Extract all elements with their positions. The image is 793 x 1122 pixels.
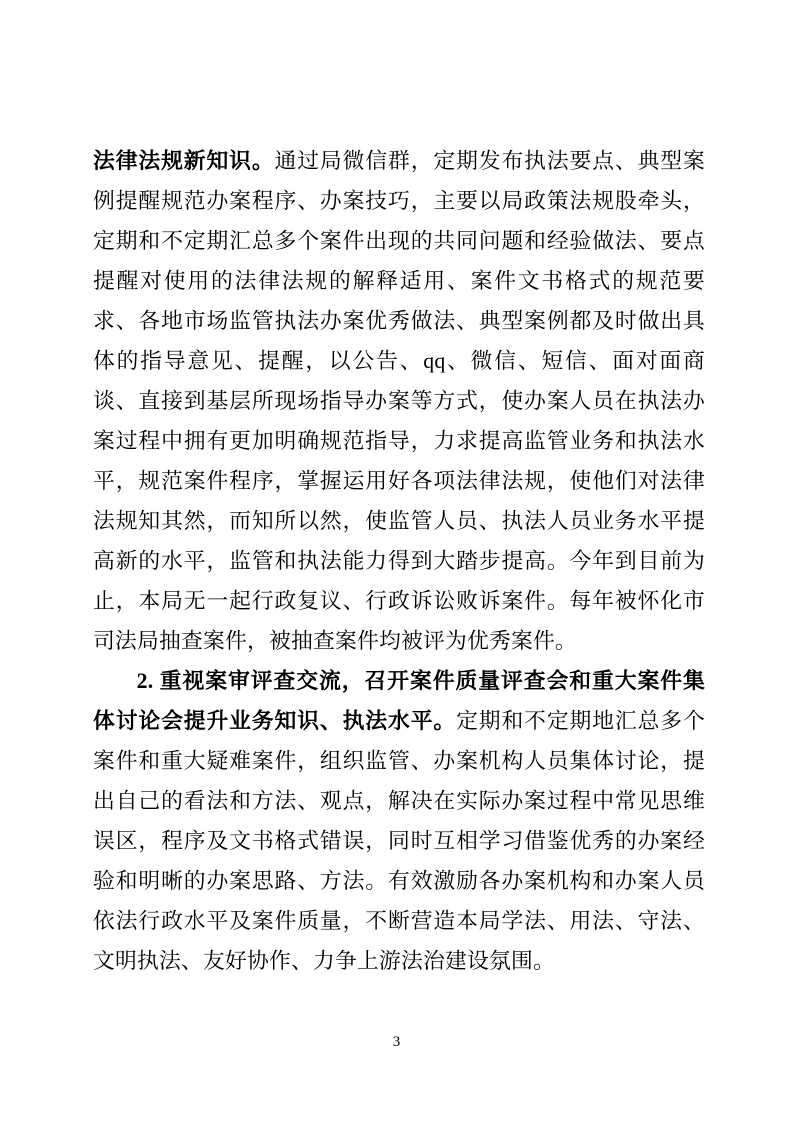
paragraph-legal-knowledge: 法律法规新知识。通过局微信群，定期发布执法要点、典型案例提醒规范办案程序、办案技…: [93, 141, 705, 661]
paragraph-1-body-text: 通过局微信群，定期发布执法要点、典型案例提醒规范办案程序、办案技巧，主要以局政策…: [93, 149, 705, 653]
document-page: 法律法规新知识。通过局微信群，定期发布执法要点、典型案例提醒规范办案程序、办案技…: [0, 0, 793, 1122]
paragraph-case-review: 2. 重视案审评查交流，召开案件质量评查会和重大案件集体讨论会提升业务知识、执法…: [93, 661, 705, 981]
page-number: 3: [393, 1034, 401, 1050]
page-footer: 3: [0, 1031, 793, 1053]
paragraph-1-bold-lead: 法律法规新知识。: [93, 149, 275, 173]
document-body: 法律法规新知识。通过局微信群，定期发布执法要点、典型案例提醒规范办案程序、办案技…: [93, 141, 705, 981]
paragraph-2-body-text: 定期和不定期地汇总多个案件和重大疑难案件，组织监管、办案机构人员集体讨论，提出自…: [93, 709, 705, 973]
